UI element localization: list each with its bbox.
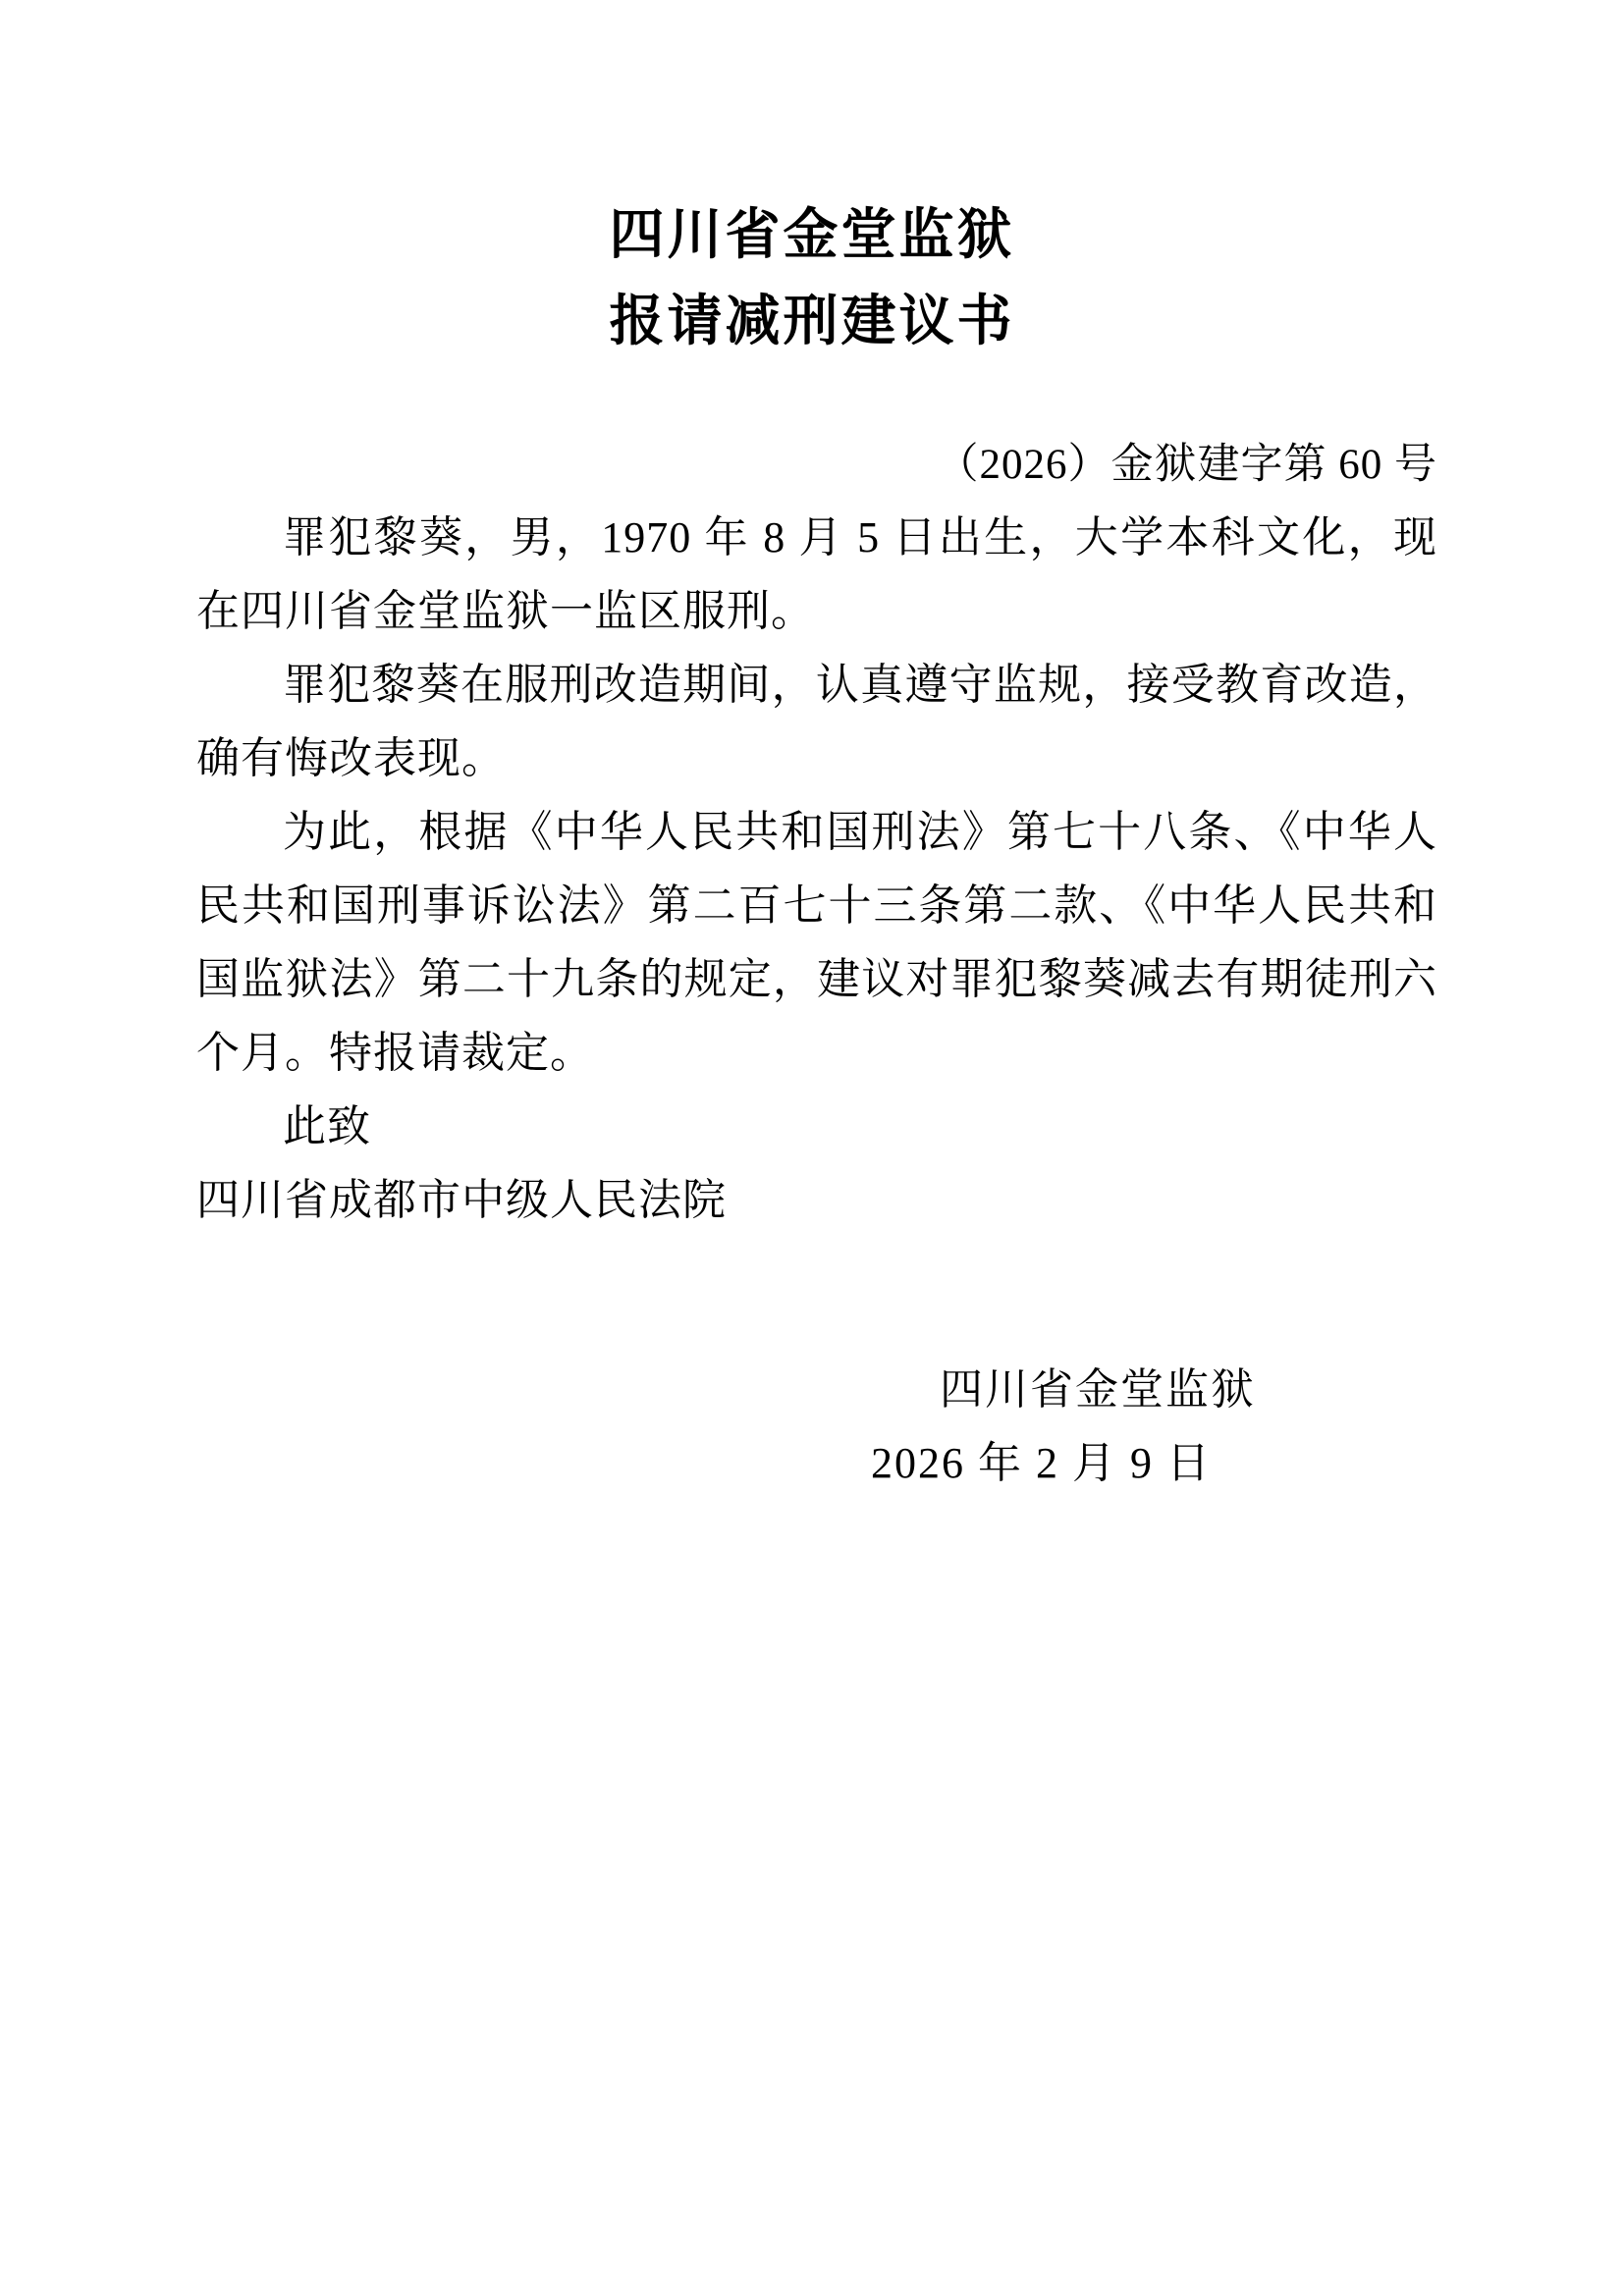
paragraph-offender-facts: 罪犯黎葵，男，1970 年 8 月 5 日出生，大学本科文化，现在四川省金堂监狱… [196, 501, 1437, 648]
paragraph-reform-performance: 罪犯黎葵在服刑改造期间，认真遵守监规，接受教育改造，确有悔改表现。 [196, 648, 1437, 795]
document-title: 四川省金堂监狱 报请减刑建议书 [0, 0, 1624, 365]
title-line-document-type: 报请减刑建议书 [0, 279, 1624, 365]
title-line-prison-name: 四川省金堂监狱 [0, 192, 1624, 279]
signature-block: 四川省金堂监狱 2026 年 2 月 9 日 [0, 1353, 1624, 1500]
recipient-court: 四川省成都市中级人民法院 [196, 1163, 1437, 1237]
paragraph-legal-recommendation: 为此，根据《中华人民共和国刑法》第七十八条、《中华人民共和国刑事诉讼法》第二百七… [196, 795, 1437, 1090]
issue-date: 2026 年 2 月 9 日 [0, 1426, 1624, 1500]
issuing-authority-signature: 四川省金堂监狱 [0, 1353, 1624, 1426]
document-page: 四川省金堂监狱 报请减刑建议书 （2026）金狱建字第 60 号 罪犯黎葵，男，… [0, 0, 1624, 2296]
document-number: （2026）金狱建字第 60 号 [0, 430, 1624, 501]
salutation: 此致 [196, 1090, 1437, 1163]
document-body: 罪犯黎葵，男，1970 年 8 月 5 日出生，大学本科文化，现在四川省金堂监狱… [196, 501, 1437, 1237]
